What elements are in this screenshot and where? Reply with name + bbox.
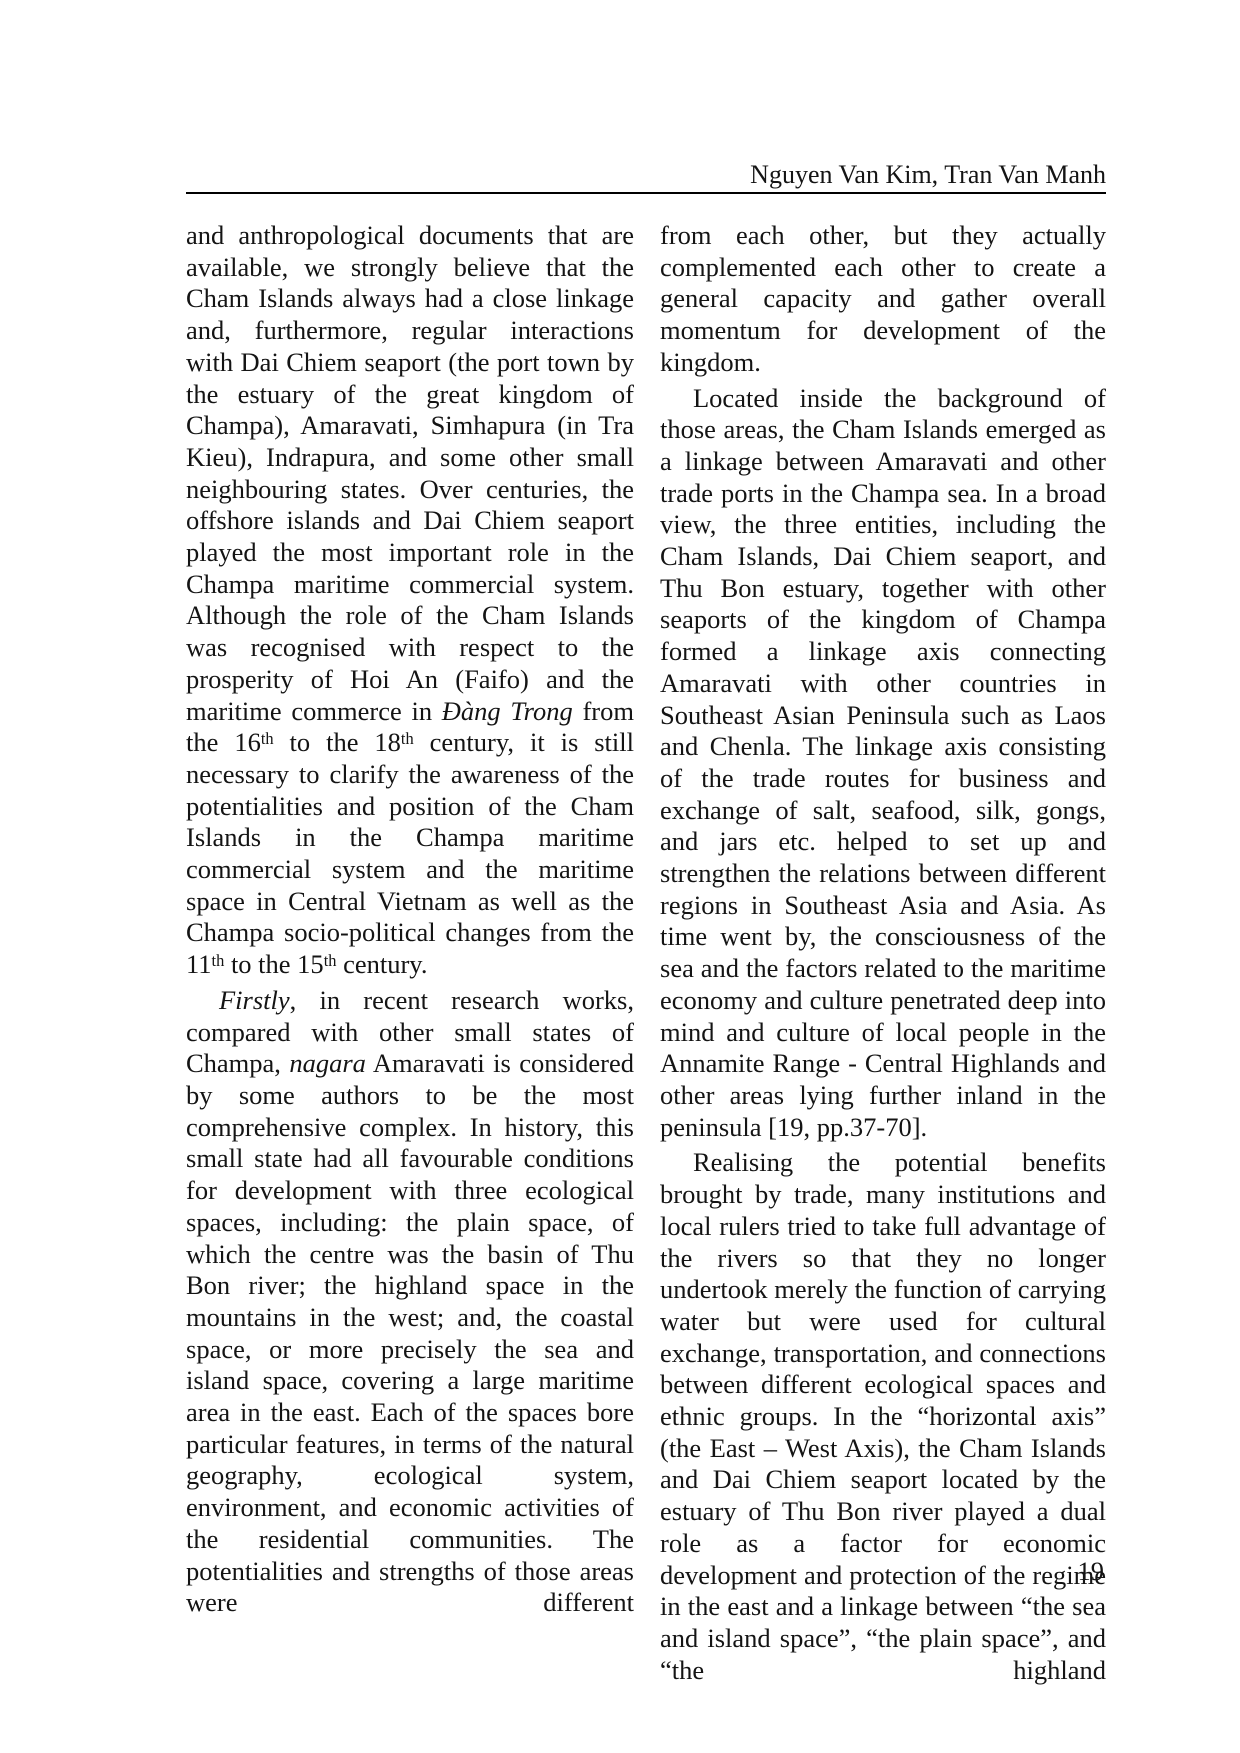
header-rule bbox=[186, 192, 1106, 194]
superscript-text: th bbox=[212, 951, 225, 970]
paragraph: Realising the potential benefits brought… bbox=[660, 1147, 1106, 1686]
superscript-text: th bbox=[401, 729, 414, 748]
body-text: and anthropological documents that are a… bbox=[186, 220, 634, 726]
body-text: Located inside the background of those a… bbox=[660, 383, 1106, 1142]
body-text: century, it is still necessary to clarif… bbox=[186, 727, 634, 979]
paragraph: Firstly, in recent research works, compa… bbox=[186, 985, 634, 1619]
body-text: to the 18 bbox=[274, 727, 401, 757]
paragraph: and anthropological documents that are a… bbox=[186, 220, 634, 981]
superscript-text: th bbox=[324, 951, 337, 970]
superscript-text: th bbox=[261, 729, 274, 748]
paragraph: from each other, but they actually compl… bbox=[660, 220, 1106, 379]
body-text: to the 15 bbox=[224, 949, 323, 979]
page-body: and anthropological documents that are a… bbox=[186, 220, 1106, 1686]
italic-text: Đàng Trong bbox=[442, 696, 573, 726]
body-text: Amaravati is considered by some authors … bbox=[186, 1048, 634, 1617]
body-text: from each other, but they actually compl… bbox=[660, 220, 1106, 377]
text-column-left: and anthropological documents that are a… bbox=[186, 220, 634, 1686]
running-header: Nguyen Van Kim, Tran Van Manh bbox=[186, 160, 1106, 190]
text-column-right: from each other, but they actually compl… bbox=[660, 220, 1106, 1686]
italic-text: Firstly bbox=[219, 985, 290, 1015]
body-text: century. bbox=[336, 949, 427, 979]
document-page: Nguyen Van Kim, Tran Van Manh and anthro… bbox=[0, 0, 1240, 1753]
page-number: 19 bbox=[1078, 1556, 1105, 1587]
body-text: Realising the potential benefits brought… bbox=[660, 1147, 1106, 1684]
italic-text: nagara bbox=[289, 1048, 366, 1078]
paragraph: Located inside the background of those a… bbox=[660, 383, 1106, 1144]
